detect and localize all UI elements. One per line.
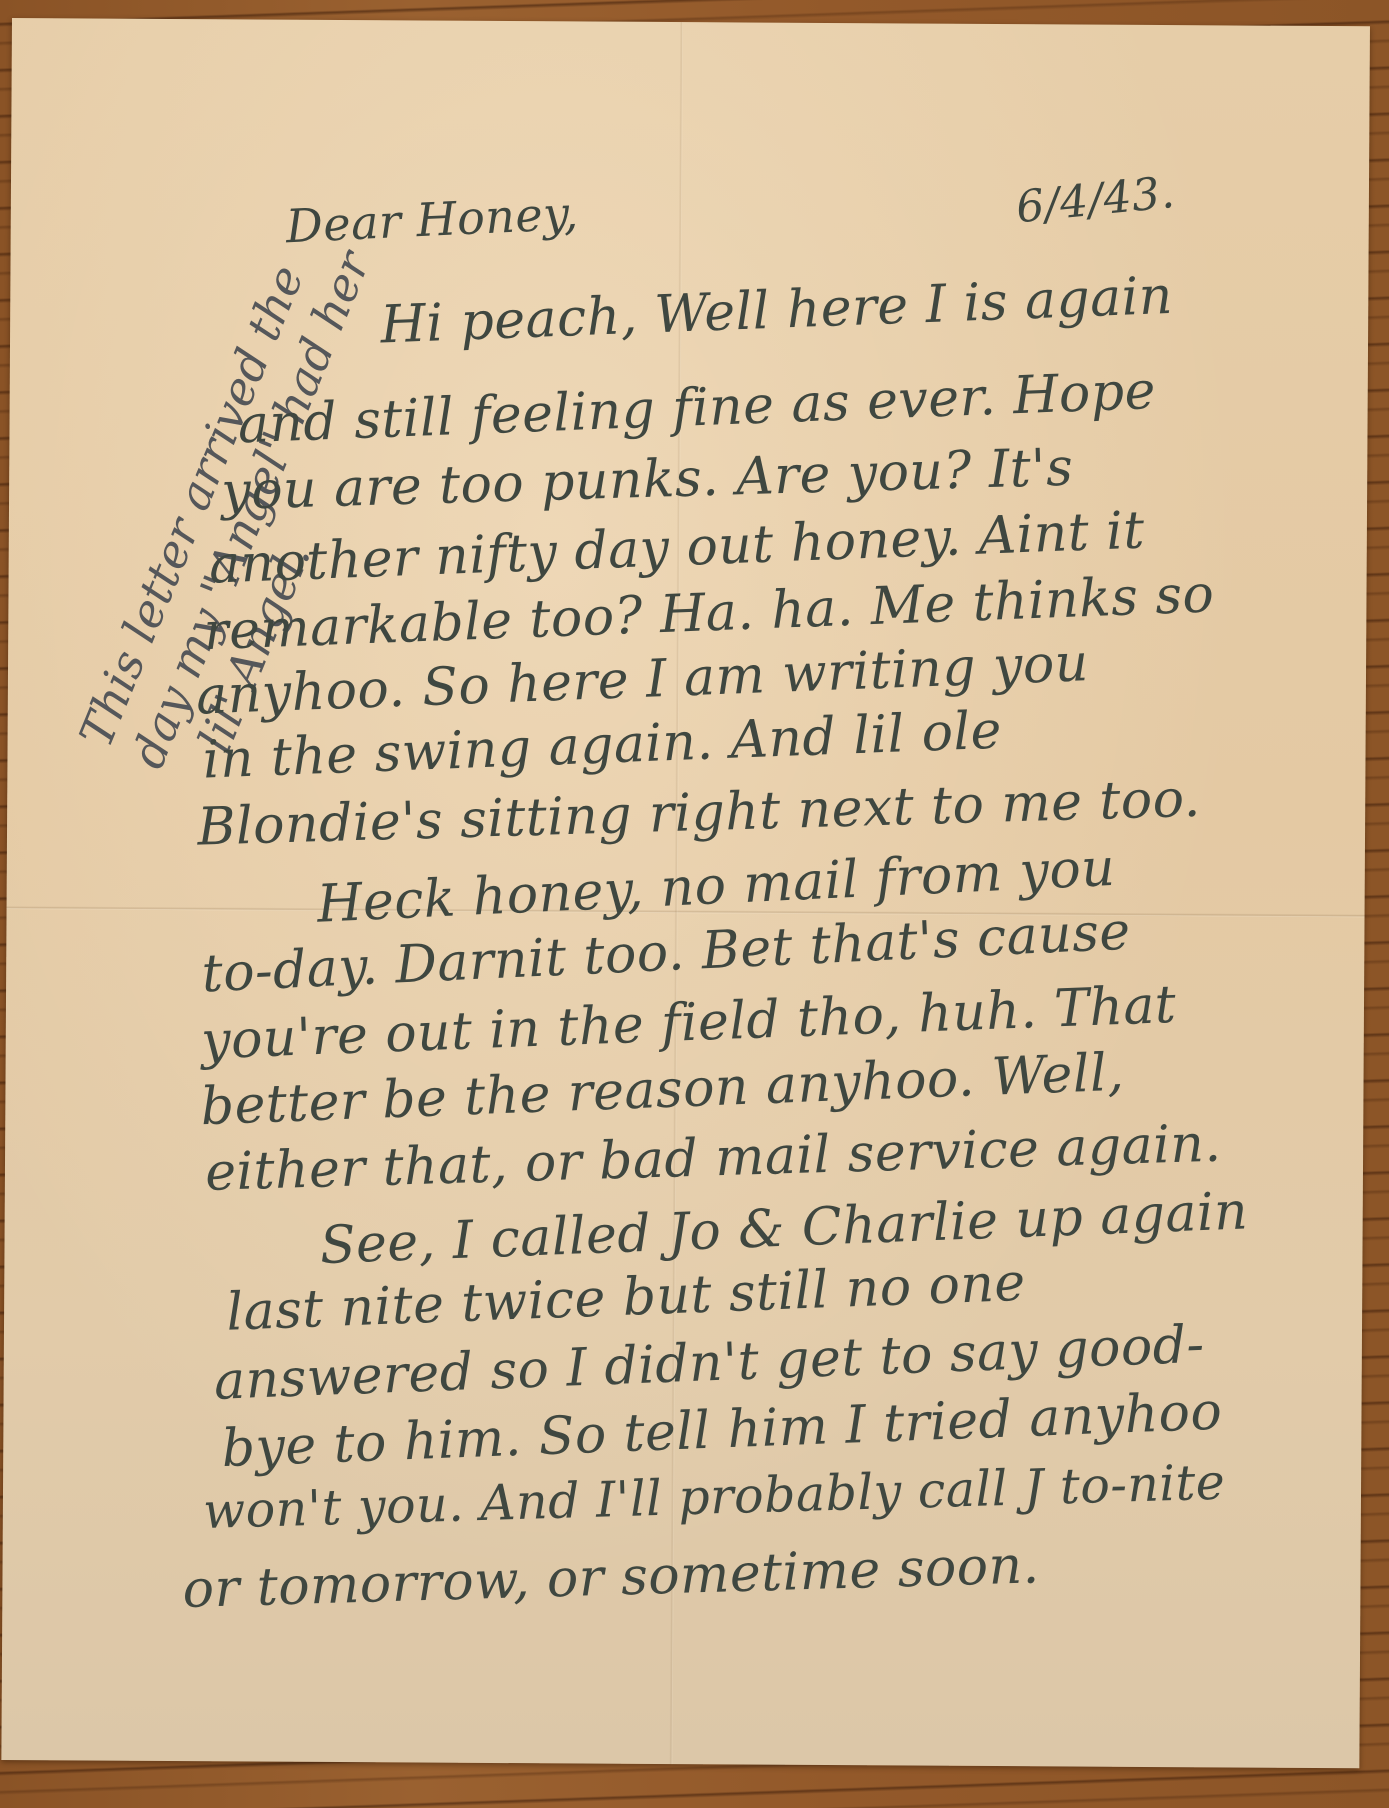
letter-date: 6/4/43. <box>1014 167 1177 233</box>
body-line: or tomorrow, or sometime soon. <box>182 1539 1040 1616</box>
letter-paper: This letter arrived the day my "Angel" h… <box>1 18 1370 1768</box>
body-line: See, I called Jo & Charlie up again <box>319 1185 1249 1272</box>
body-line: Hi peach, Well here I is again <box>380 270 1174 352</box>
